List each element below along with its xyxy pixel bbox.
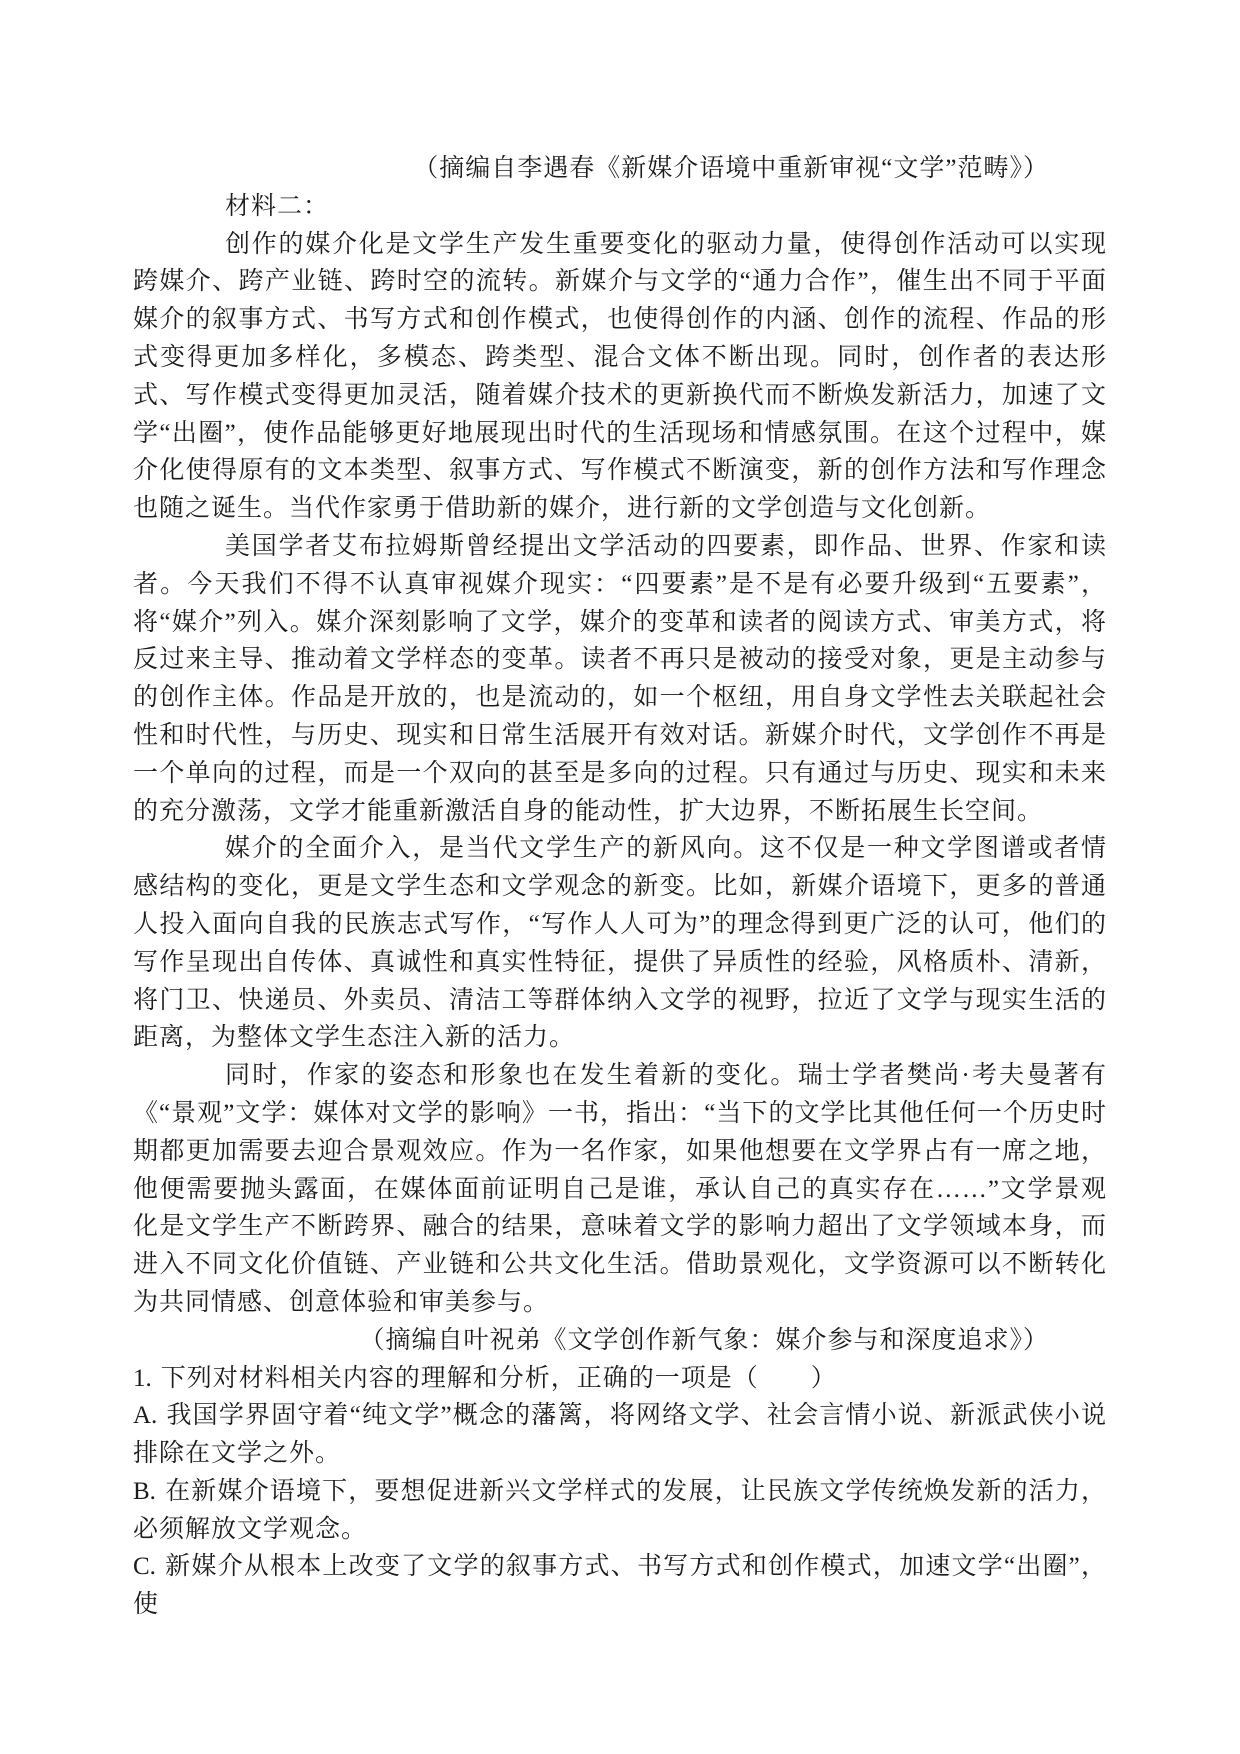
question-one-option-c: C.新媒介从根本上改变了文学的叙事方式、书写方式和创作模式，加速文学“出圈”，使 — [133, 1548, 1107, 1624]
source-citation-material-one: （摘编自李遇春《新媒介语境中重新审视“文学”范畴》） — [133, 150, 1107, 188]
option-a-label: A. — [133, 1402, 157, 1429]
page-content: （摘编自李遇春《新媒介语境中重新审视“文学”范畴》） 材料二： 创作的媒介化是文… — [133, 150, 1107, 1624]
material-two-paragraph-2: 美国学者艾布拉姆斯曾经提出文学活动的四要素，即作品、世界、作家和读者。今天我们不… — [133, 528, 1107, 830]
option-b-text: 在新媒介语境下，要想促进新兴文学样式的发展，让民族文学传统焕发新的活力，必须解放… — [133, 1478, 1107, 1543]
question-one-option-a: A.我国学界固守着“纯文学”概念的藩篱，将网络文学、社会言情小说、新派武侠小说排… — [133, 1397, 1107, 1473]
option-c-text: 新媒介从根本上改变了文学的叙事方式、书写方式和创作模式，加速文学“出圈”，使 — [133, 1553, 1107, 1618]
material-two-paragraph-4: 同时，作家的姿态和形象也在发生着新的变化。瑞士学者樊尚·考夫曼著有《“景观”文学… — [133, 1057, 1107, 1322]
material-two-paragraph-3: 媒介的全面介入，是当代文学生产的新风向。这不仅是一种文学图谱或者情感结构的变化，… — [133, 830, 1107, 1057]
question-one-stem: 1.下列对材料相关内容的理解和分析，正确的一项是（ ） — [133, 1360, 1107, 1398]
material-two-paragraph-1: 创作的媒介化是文学生产发生重要变化的驱动力量，使得创作活动可以实现跨媒介、跨产业… — [133, 226, 1107, 528]
exam-document-page: （摘编自李遇春《新媒介语境中重新审视“文学”范畴》） 材料二： 创作的媒介化是文… — [0, 0, 1240, 1754]
material-two-heading: 材料二： — [133, 188, 1107, 226]
option-c-label: C. — [133, 1553, 156, 1580]
source-citation-material-two: （摘编自叶祝弟《文学创作新气象：媒介参与和深度追求》） — [133, 1322, 1107, 1360]
question-one-option-b: B.在新媒介语境下，要想促进新兴文学样式的发展，让民族文学传统焕发新的活力，必须… — [133, 1473, 1107, 1549]
option-a-text: 我国学界固守着“纯文学”概念的藩篱，将网络文学、社会言情小说、新派武侠小说排除在… — [133, 1402, 1107, 1467]
option-b-label: B. — [133, 1478, 156, 1505]
question-number: 1. — [133, 1365, 152, 1392]
question-stem-text: 下列对材料相关内容的理解和分析，正确的一项是（ ） — [161, 1365, 837, 1392]
